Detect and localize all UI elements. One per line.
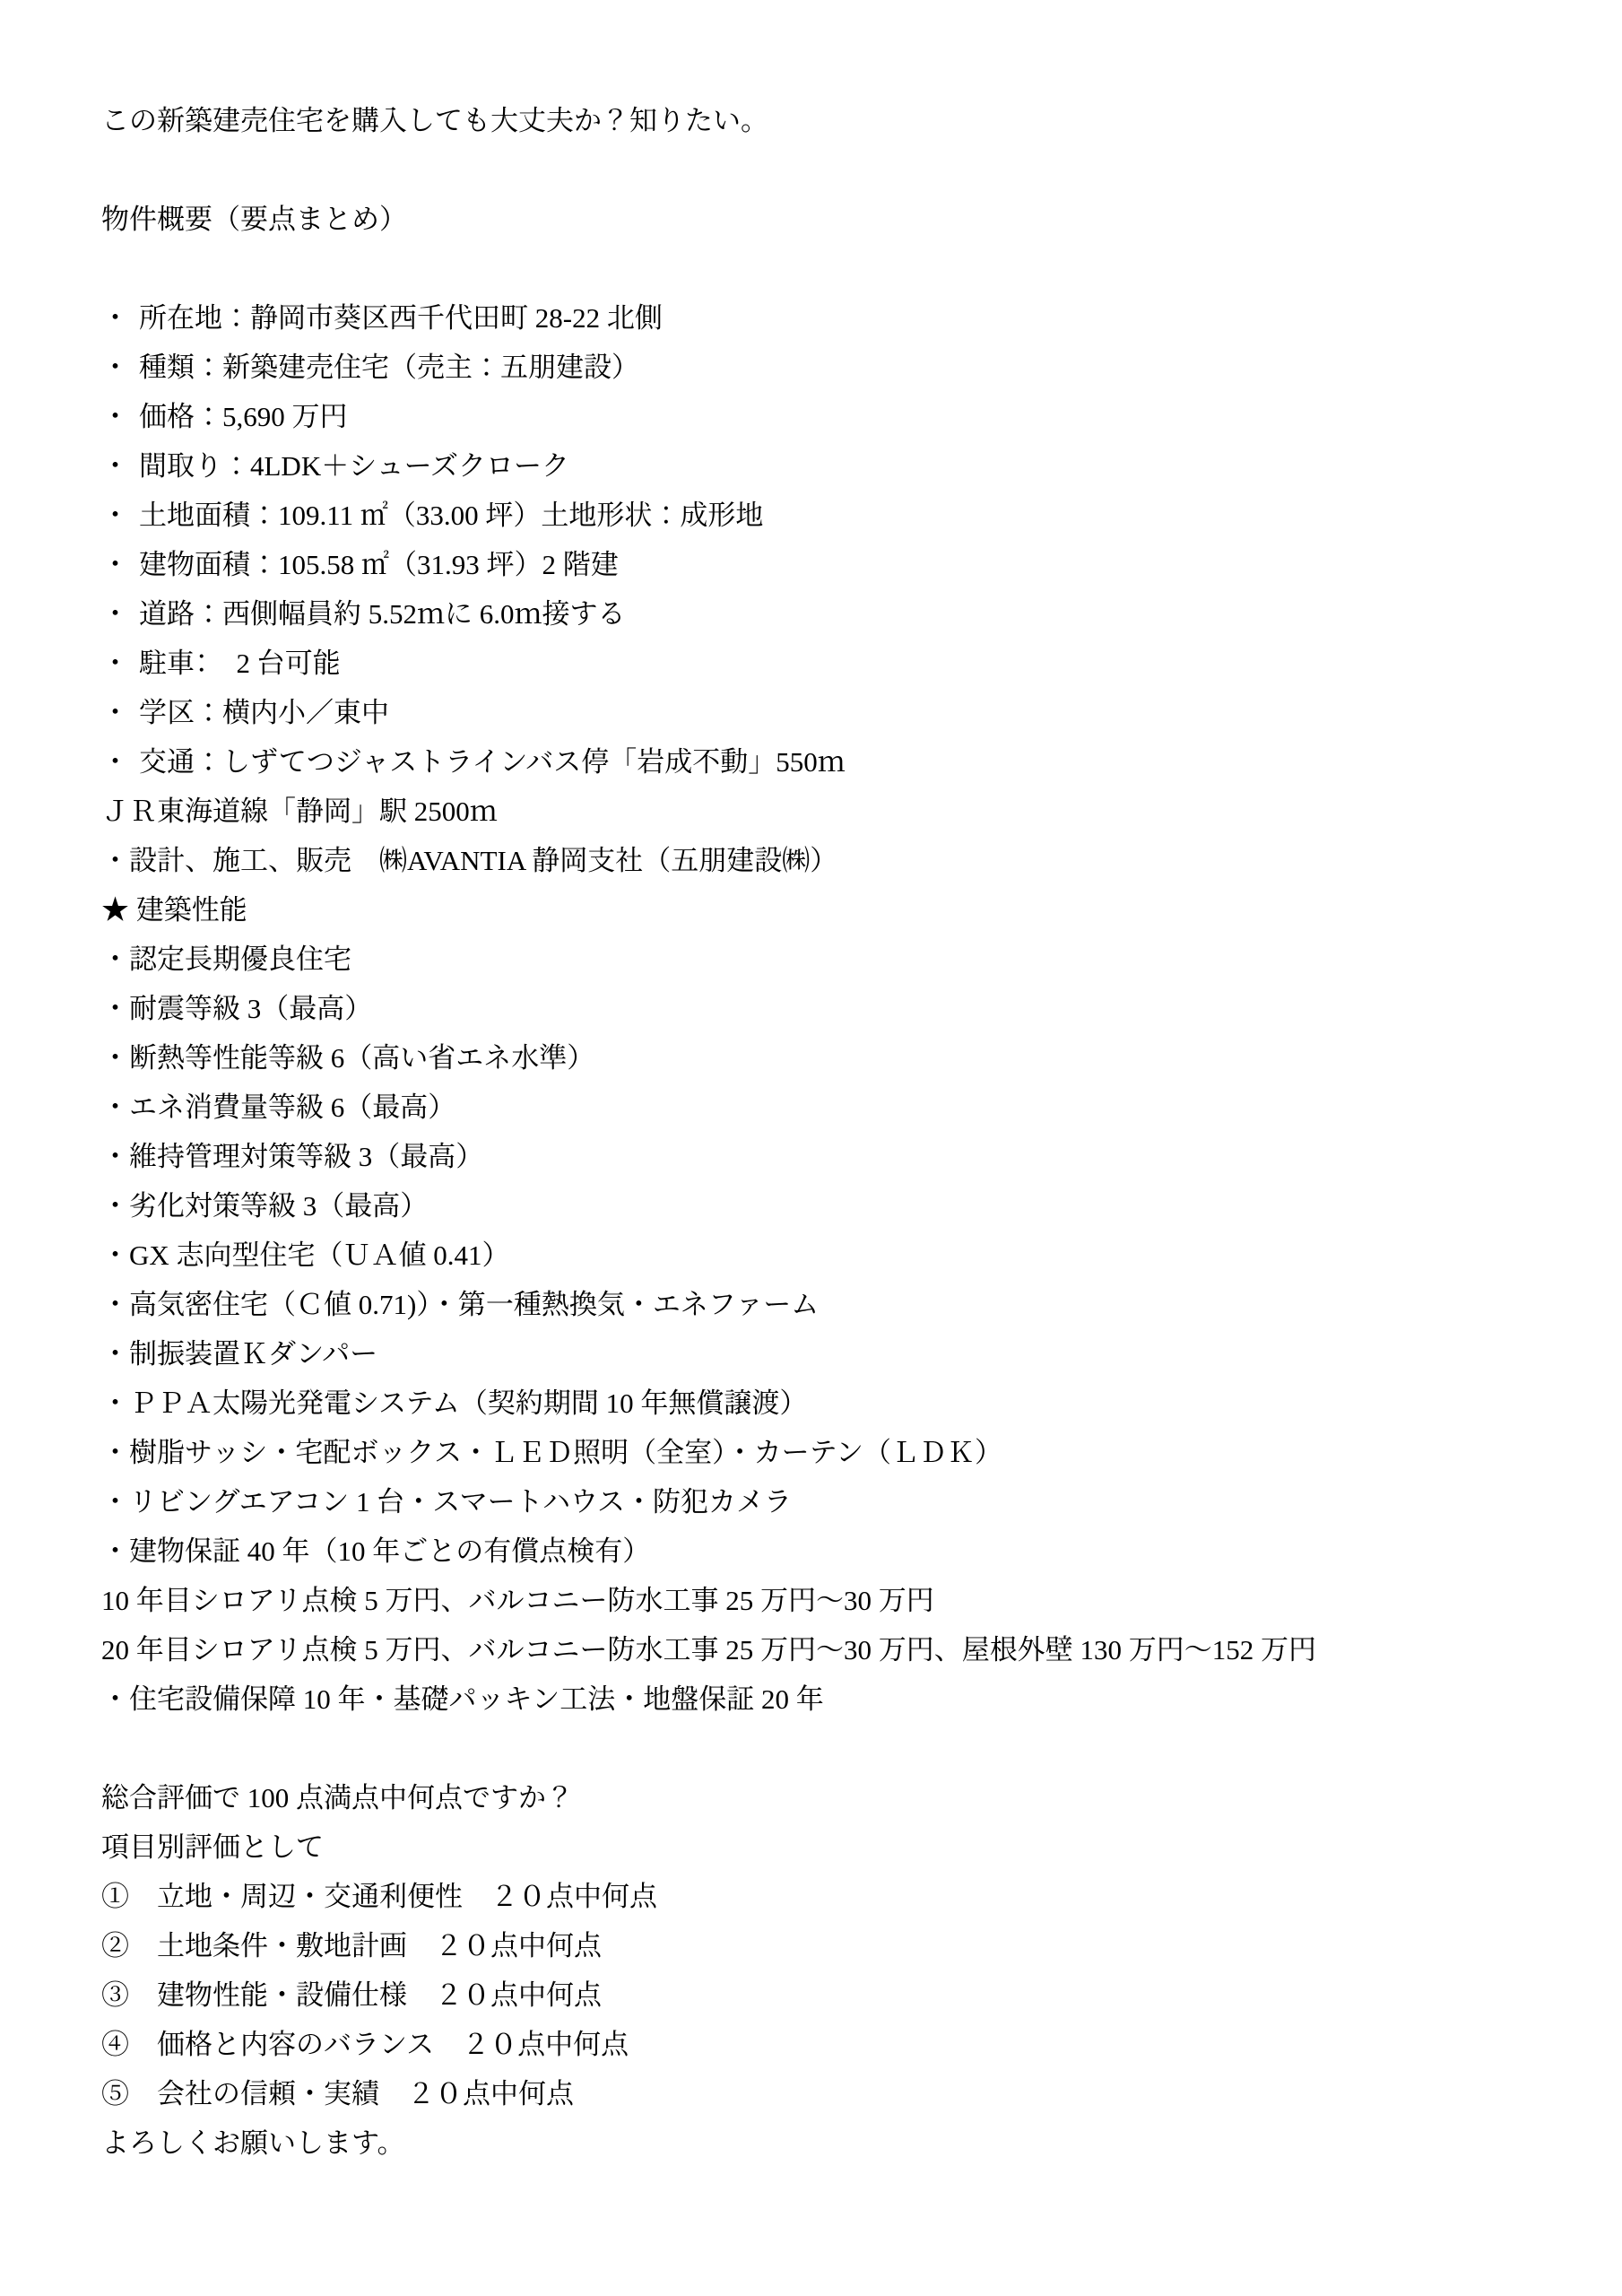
- list-item: ・土地面積：109.11 ㎡（33.00 坪）土地形状：成形地: [101, 491, 1568, 540]
- list-item-text: 間取り：4LDK＋シューズクローク: [139, 450, 569, 482]
- paragraph-line: ① 立地・周辺・交通利便性 ２０点中何点: [101, 1872, 1568, 1921]
- paragraph-line: ・リビングエアコン 1 台・スマートハウス・防犯カメラ: [101, 1477, 1568, 1526]
- bullet-marker: ・: [101, 737, 139, 787]
- paragraph-line: ・エネ消費量等級 6（最高）: [101, 1083, 1568, 1132]
- bullet-marker: ・: [101, 639, 139, 688]
- paragraph-line: ・ＰＰＡ太陽光発電システム（契約期間 10 年無償譲渡）: [101, 1378, 1568, 1428]
- bullet-marker: ・: [101, 589, 139, 639]
- list-item: ・建物面積：105.58 ㎡（31.93 坪）2 階建: [101, 540, 1568, 589]
- bullet-marker: ・: [101, 293, 139, 343]
- paragraph-line: ③ 建物性能・設備仕様 ２０点中何点: [101, 1970, 1568, 2020]
- paragraph-line: ・維持管理対策等級 3（最高）: [101, 1132, 1568, 1181]
- blank-line: [101, 1724, 1568, 1773]
- paragraph-line: よろしくお願いします。: [101, 2118, 1568, 2168]
- paragraph-line: ・GX 志向型住宅（ＵＡ値 0.41）: [101, 1231, 1568, 1280]
- bullet-marker: ・: [101, 441, 139, 491]
- paragraph-line: この新築建売住宅を購入しても大丈夫か？知りたい。: [101, 96, 1568, 145]
- paragraph-line: ② 土地条件・敷地計画 ２０点中何点: [101, 1921, 1568, 1970]
- bullet-marker: ・: [101, 392, 139, 441]
- list-item: ・間取り：4LDK＋シューズクローク: [101, 441, 1568, 491]
- paragraph-line: 20 年目シロアリ点検 5 万円、バルコニー防水工事 25 万円～30 万円、屋…: [101, 1625, 1568, 1674]
- list-item-text: 駐車： 2 台可能: [139, 648, 341, 679]
- list-item-text: 道路：西側幅員約 5.52ｍに 6.0ｍ接する: [139, 598, 626, 630]
- bullet-marker: ・: [101, 491, 139, 540]
- paragraph-line: ・樹脂サッシ・宅配ボックス・ＬＥＤ照明（全室）・カーテン（ＬＤＫ）: [101, 1428, 1568, 1477]
- list-item: ・交通：しずてつジャストラインバス停「岩成不動」550ｍ: [101, 737, 1568, 787]
- list-item: ・種類：新築建売住宅（売主：五朋建設）: [101, 343, 1568, 392]
- list-item: ・道路：西側幅員約 5.52ｍに 6.0ｍ接する: [101, 589, 1568, 639]
- paragraph-line: ＪＲ東海道線「静岡」駅 2500ｍ: [101, 787, 1568, 836]
- blank-line: [101, 244, 1568, 293]
- paragraph-line: ・認定長期優良住宅: [101, 935, 1568, 984]
- paragraph-line: 物件概要（要点まとめ）: [101, 195, 1568, 244]
- document-body: この新築建売住宅を購入しても大丈夫か？知りたい。物件概要（要点まとめ）・所在地：…: [101, 96, 1568, 2168]
- list-item-text: 所在地：静岡市葵区西千代田町 28-22 北側: [139, 302, 663, 334]
- paragraph-line: 総合評価で 100 点満点中何点ですか？: [101, 1773, 1568, 1822]
- list-item-text: 価格：5,690 万円: [139, 401, 348, 432]
- bullet-marker: ・: [101, 540, 139, 589]
- list-item: ・価格：5,690 万円: [101, 392, 1568, 441]
- paragraph-line: ・劣化対策等級 3（最高）: [101, 1181, 1568, 1231]
- list-item-text: 交通：しずてつジャストラインバス停「岩成不動」550ｍ: [139, 746, 846, 778]
- list-item-text: 学区：横内小／東中: [139, 697, 389, 728]
- document-page: この新築建売住宅を購入しても大丈夫か？知りたい。物件概要（要点まとめ）・所在地：…: [0, 0, 1622, 2296]
- paragraph-line: ★ 建築性能: [101, 885, 1568, 935]
- list-item: ・学区：横内小／東中: [101, 688, 1568, 737]
- list-item: ・所在地：静岡市葵区西千代田町 28-22 北側: [101, 293, 1568, 343]
- paragraph-line: ・建物保証 40 年（10 年ごとの有償点検有）: [101, 1526, 1568, 1576]
- paragraph-line: ・耐震等級 3（最高）: [101, 984, 1568, 1033]
- paragraph-line: ・高気密住宅（Ｃ値 0.71)）・第一種熱換気・エネファーム: [101, 1280, 1568, 1329]
- list-item: ・駐車： 2 台可能: [101, 639, 1568, 688]
- paragraph-line: ⑤ 会社の信頼・実績 ２０点中何点: [101, 2069, 1568, 2118]
- paragraph-line: 項目別評価として: [101, 1822, 1568, 1872]
- list-item-text: 建物面積：105.58 ㎡（31.93 坪）2 階建: [139, 549, 619, 580]
- list-item-text: 種類：新築建売住宅（売主：五朋建設）: [139, 352, 639, 383]
- paragraph-line: ④ 価格と内容のバランス ２０点中何点: [101, 2020, 1568, 2069]
- paragraph-line: 10 年目シロアリ点検 5 万円、バルコニー防水工事 25 万円～30 万円: [101, 1576, 1568, 1625]
- paragraph-line: ・断熱等性能等級 6（高い省エネ水準）: [101, 1033, 1568, 1083]
- paragraph-line: ・住宅設備保障 10 年・基礎パッキン工法・地盤保証 20 年: [101, 1674, 1568, 1724]
- list-item-text: 土地面積：109.11 ㎡（33.00 坪）土地形状：成形地: [139, 500, 763, 531]
- paragraph-line: ・制振装置Ｋダンパー: [101, 1329, 1568, 1378]
- blank-line: [101, 145, 1568, 195]
- paragraph-line: ・設計、施工、販売 ㈱AVANTIA 静岡支社（五朋建設㈱）: [101, 836, 1568, 885]
- bullet-marker: ・: [101, 688, 139, 737]
- bullet-marker: ・: [101, 343, 139, 392]
